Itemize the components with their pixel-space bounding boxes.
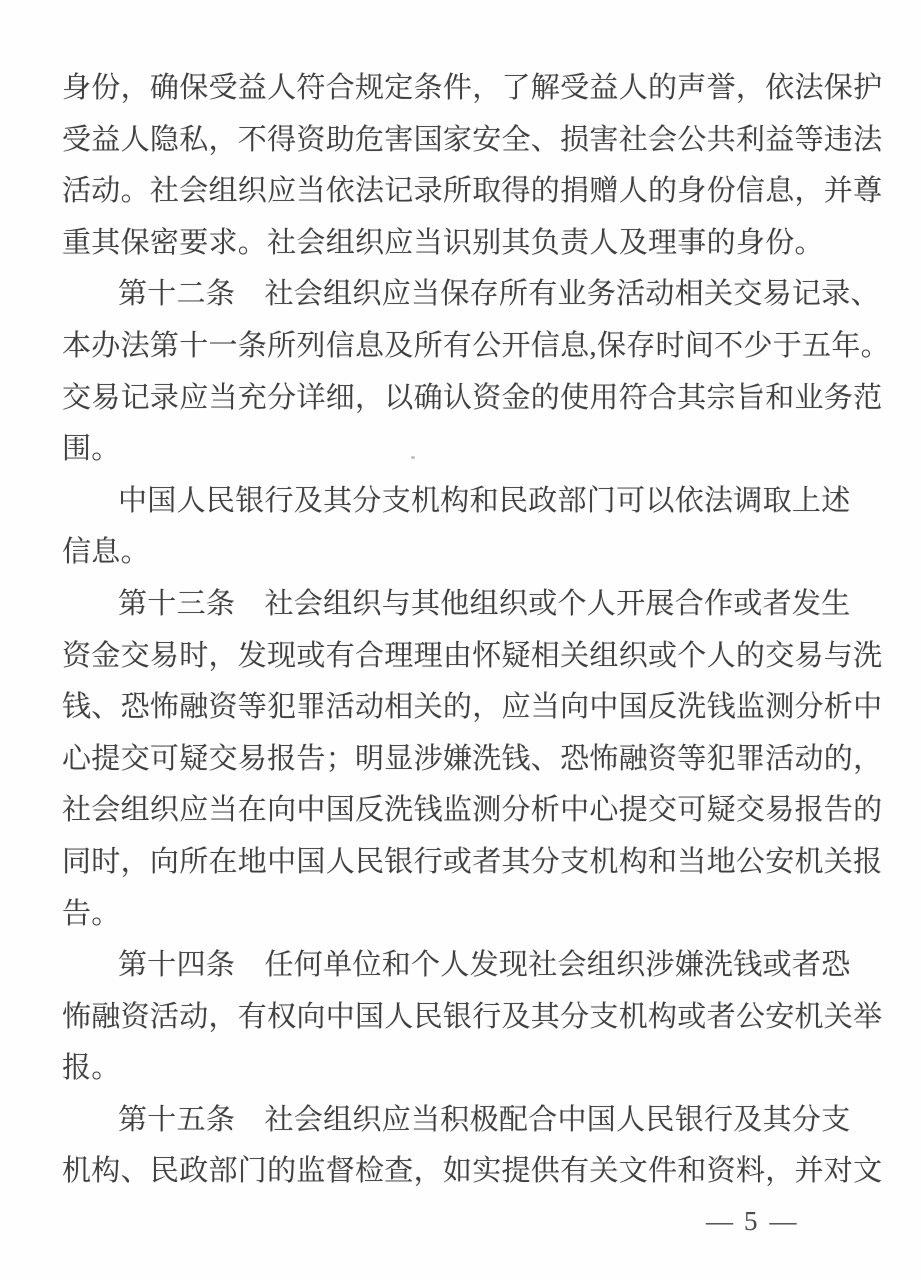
text-line: 同时，向所在地中国人民银行或者其分支机构和当地公安机关报 [62, 837, 884, 889]
text-line: 社会组织应当在向中国反洗钱监测分析中心提交可疑交易报告的 [62, 785, 884, 837]
body-text: 身份，确保受益人符合规定条件，了解受益人的声誉，依法保护 受益人隐私，不得资助危… [62, 63, 884, 1198]
text-line: 信息。 [62, 527, 884, 579]
text-line: 告。 [62, 889, 884, 941]
text-line: 重其保密要求。社会组织应当识别其负责人及理事的身份。 [62, 218, 884, 270]
text-line: 报。 [62, 1043, 884, 1095]
text-line: 交易记录应当充分详细，以确认资金的使用符合其宗旨和业务范 [62, 373, 884, 425]
text-line: 活动。社会组织应当依法记录所取得的捐赠人的身份信息，并尊 [62, 166, 884, 218]
text-line: 中国人民银行及其分支机构和民政部门可以依法调取上述 [62, 476, 884, 528]
text-line: 心提交可疑交易报告；明显涉嫌洗钱、恐怖融资等犯罪活动的， [62, 734, 884, 786]
scan-speck [411, 456, 415, 459]
text-line: 资金交易时，发现或有合理理由怀疑相关组织或个人的交易与洗 [62, 631, 884, 683]
text-line: 怖融资活动，有权向中国人民银行及其分支机构或者公安机关举 [62, 992, 884, 1044]
text-line: 钱、恐怖融资等犯罪活动相关的，应当向中国反洗钱监测分析中 [62, 682, 884, 734]
text-line-article-13: 第十三条 社会组织与其他组织或个人开展合作或者发生 [62, 579, 884, 631]
footer-dash-right: — [770, 1206, 796, 1237]
text-line: 本办法第十一条所列信息及所有公开信息,保存时间不少于五年。 [62, 321, 884, 373]
text-line-article-14: 第十四条 任何单位和个人发现社会组织涉嫌洗钱或者恐 [62, 940, 884, 992]
document-page: 身份，确保受益人符合规定条件，了解受益人的声誉，依法保护 受益人隐私，不得资助危… [0, 0, 921, 1280]
text-line: 受益人隐私，不得资助危害国家安全、损害社会公共利益等违法 [62, 115, 884, 167]
footer-dash-left: — [706, 1206, 732, 1237]
page-number: 5 [744, 1206, 758, 1237]
text-line: 围。 [62, 424, 884, 476]
text-line: 机构、民政部门的监督检查，如实提供有关文件和资料，并对文 [62, 1146, 884, 1198]
text-line-article-15: 第十五条 社会组织应当积极配合中国人民银行及其分支 [62, 1095, 884, 1147]
text-line: 身份，确保受益人符合规定条件，了解受益人的声誉，依法保护 [62, 63, 884, 115]
text-line-article-12: 第十二条 社会组织应当保存所有业务活动相关交易记录、 [62, 269, 884, 321]
page-number-footer: — 5 — [706, 1206, 796, 1237]
